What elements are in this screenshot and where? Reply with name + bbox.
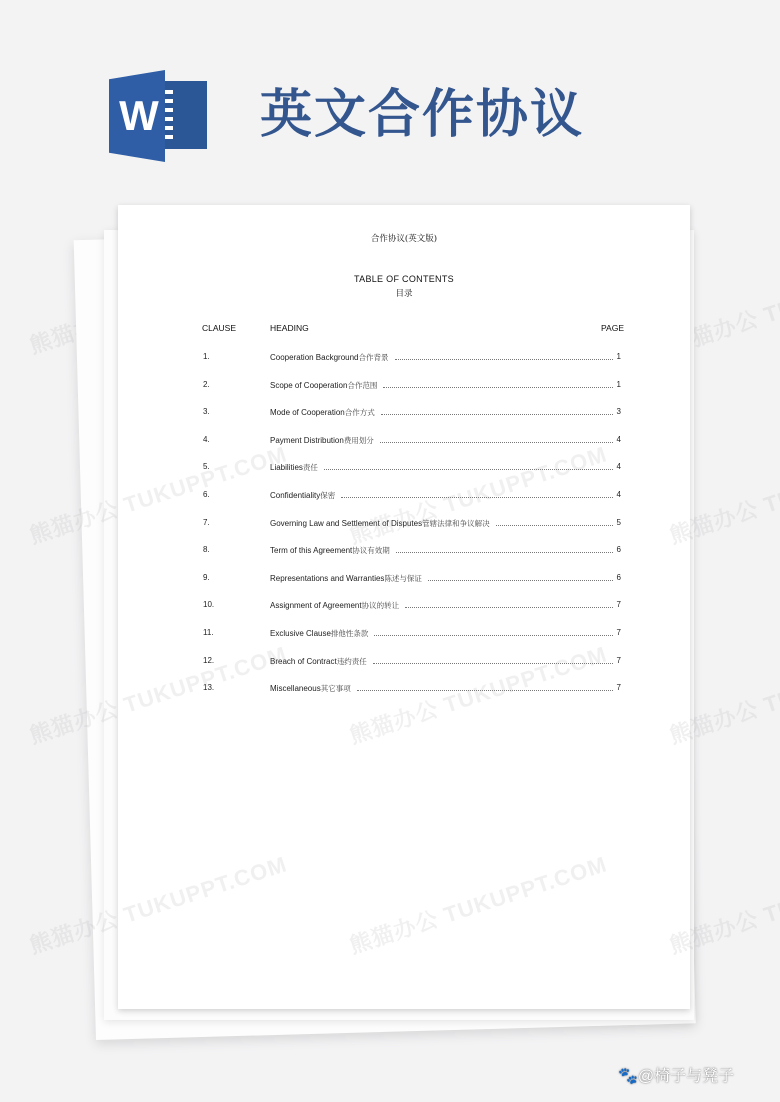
toc-subtitle: 目录 [118,287,690,299]
dot-leader [381,414,613,415]
heading-english: Cooperation Background [270,353,359,362]
toc-entry: 10.Assignment of Agreement协议的转让7 [118,600,690,612]
author-credit: 🐾@椅子与凳子 [618,1063,734,1086]
dot-leader [324,469,613,470]
dot-leader [374,635,613,636]
page-number: 7 [613,656,621,665]
page-number: 7 [613,683,621,692]
toc-heading: Assignment of Agreement协议的转让 [270,600,613,611]
page-number: 5 [613,518,621,527]
toc-heading: Governing Law and Settlement of Disputes… [270,518,613,529]
clause-number: 11. [203,628,214,637]
clause-number: 8. [203,545,210,554]
heading-english: Scope of Cooperation [270,381,347,390]
word-icon: W [109,70,207,162]
heading-english: Payment Distribution [270,436,344,445]
toc-heading: Miscellaneous 其它事项 [270,683,613,694]
column-header-clause: CLAUSE [202,323,236,333]
toc-heading: Breach of Contract违约责任 [270,656,613,667]
heading-english: Term of this Agreement [270,546,352,555]
heading-english: Assignment of Agreement [270,601,362,610]
dot-leader [373,663,613,664]
heading-chinese: 协议有效期 [352,545,390,556]
toc-heading: Liabilities责任 [270,462,613,473]
toc-entry: 8.Term of this Agreement协议有效期6 [118,545,690,557]
column-header-heading: HEADING [270,323,309,333]
toc-entry: 7.Governing Law and Settlement of Disput… [118,518,690,530]
toc-heading: Exclusive Clause排他性条款 [270,628,613,639]
heading-chinese: 违约责任 [337,656,367,667]
dot-leader [496,525,613,526]
toc-entry: 6.Confidentiality保密4 [118,490,690,502]
toc-entry: 1.Cooperation Background合作背景1 [118,352,690,364]
toc-entry: 5.Liabilities责任4 [118,462,690,474]
clause-number: 9. [203,573,210,582]
dot-leader [357,690,613,691]
clause-number: 4. [203,435,210,444]
column-header-page: PAGE [601,323,624,333]
dot-leader [396,552,613,553]
heading-english: Representations and Warranties [270,574,384,583]
toc-heading: Term of this Agreement协议有效期 [270,545,613,556]
heading-english: Mode of Cooperation [270,408,345,417]
toc-entry: 2.Scope of Cooperation合作范围1 [118,380,690,392]
dot-leader [428,580,613,581]
toc-heading: Confidentiality保密 [270,490,613,501]
heading-chinese: 合作背景 [359,352,389,363]
toc-entry: 12.Breach of Contract违约责任7 [118,656,690,668]
clause-number: 5. [203,462,210,471]
toc-heading: Representations and Warranties陈述与保证 [270,573,613,584]
page-number: 4 [613,462,621,471]
heading-chinese: 协议的转让 [362,600,400,611]
page-number: 4 [613,435,621,444]
heading-english: Confidentiality [270,491,320,500]
page-number: 4 [613,490,621,499]
heading-english: Miscellaneous [270,684,321,693]
toc-heading: Mode of Cooperation合作方式 [270,407,613,418]
dot-leader [380,442,613,443]
word-letter: W [115,92,161,140]
clause-number: 12. [203,656,214,665]
banner-title: 英文合作协议 [260,72,584,147]
clause-number: 7. [203,518,210,527]
page-number: 1 [613,380,621,389]
clause-number: 3. [203,407,210,416]
dot-leader [341,497,613,498]
heading-chinese: 管辖法律和争议解决 [422,518,490,529]
toc-entry: 9.Representations and Warranties陈述与保证6 [118,573,690,585]
page-number: 3 [613,407,621,416]
heading-chinese: 其它事项 [321,683,351,694]
clause-number: 13. [203,683,214,692]
clause-number: 1. [203,352,210,361]
toc-entry: 4.Payment Distribution费用划分4 [118,435,690,447]
toc-entry: 13.Miscellaneous 其它事项7 [118,683,690,695]
heading-chinese: 合作方式 [345,407,375,418]
dot-leader [395,359,613,360]
page-number: 6 [613,573,621,582]
heading-chinese: 陈述与保证 [384,573,422,584]
clause-number: 10. [203,600,214,609]
heading-english: Exclusive Clause [270,629,331,638]
toc-heading: Cooperation Background合作背景 [270,352,613,363]
document-page: 合作协议(英文版) TABLE OF CONTENTS 目录 CLAUSE HE… [118,205,690,1009]
heading-english: Liabilities [270,463,303,472]
heading-chinese: 排他性条款 [331,628,369,639]
heading-english: Breach of Contract [270,657,337,666]
heading-chinese: 合作范围 [347,380,377,391]
toc-entry: 11.Exclusive Clause排他性条款7 [118,628,690,640]
clause-number: 6. [203,490,210,499]
dot-leader [383,387,613,388]
heading-chinese: 责任 [303,462,318,473]
page-number: 7 [613,628,621,637]
dot-leader [405,607,613,608]
document-header: 合作协议(英文版) [118,232,690,244]
toc-heading: Payment Distribution费用划分 [270,435,613,446]
clause-number: 2. [203,380,210,389]
page-number: 1 [613,352,621,361]
toc-title: TABLE OF CONTENTS [118,274,690,284]
page-number: 6 [613,545,621,554]
heading-english: Governing Law and Settlement of Disputes [270,519,422,528]
toc-entry: 3.Mode of Cooperation合作方式3 [118,407,690,419]
toc-heading: Scope of Cooperation合作范围 [270,380,613,391]
heading-chinese: 保密 [320,490,335,501]
heading-chinese: 费用划分 [344,435,374,446]
page-number: 7 [613,600,621,609]
